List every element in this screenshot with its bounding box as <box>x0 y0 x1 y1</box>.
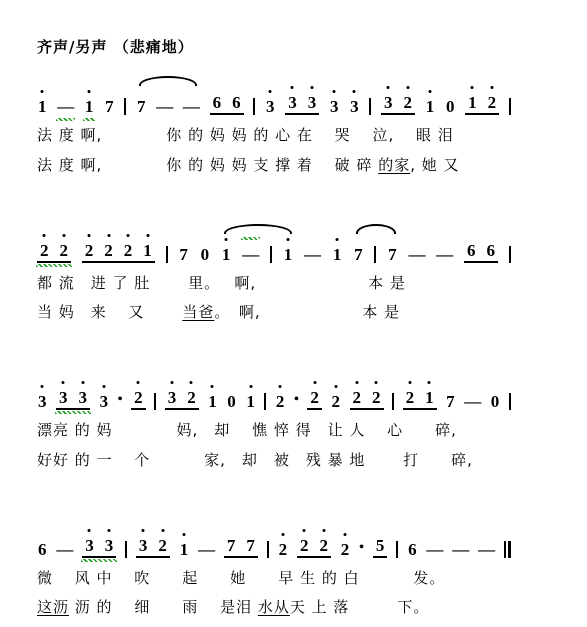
octave-dot <box>333 90 336 93</box>
note-digit: 3 <box>37 393 48 410</box>
note-digit: 3 <box>58 389 69 406</box>
note-digit: 6 <box>212 94 223 111</box>
note-digit: 7 <box>245 537 256 554</box>
lyric-segment: 都 流 进 了 肚 里。 啊, 本 是 <box>37 274 406 292</box>
octave-dot <box>490 86 493 89</box>
note-digit: 3 <box>78 389 89 406</box>
duration-dash: — <box>464 393 481 410</box>
beam-group: 66 <box>464 242 498 263</box>
octave-dot <box>334 385 337 388</box>
note-digit: 2 <box>278 541 289 558</box>
lyric-line: 好好 的 一 个 家, 却 被 残 暴 地 打 碎, <box>37 451 511 470</box>
final-thick-bar <box>508 541 511 558</box>
grammar-squiggle <box>36 264 72 267</box>
duration-dash: — <box>56 541 73 558</box>
note-digit: 3 <box>104 537 115 554</box>
octave-dot <box>355 381 358 384</box>
beam-group: 66 <box>210 94 244 115</box>
note-digit: 2 <box>487 94 498 111</box>
augmentation-dot: • <box>118 393 123 410</box>
lyric-segment: 微 风 中 吹 起 她 早 生 的 白 发。 <box>37 569 445 587</box>
lyric-segment: , 她 又 <box>410 156 459 174</box>
grammar-squiggle <box>56 118 75 121</box>
note-digit: 1 <box>332 246 343 263</box>
note-digit: 2 <box>403 94 414 111</box>
note-digit: 0 <box>200 246 211 263</box>
grammar-squiggle <box>241 237 260 240</box>
score-document: 齐声/另声 （悲痛地） 1—177——6633333321012法 度 啊, 你… <box>0 0 549 617</box>
octave-dot <box>88 234 91 237</box>
octave-dot <box>146 234 149 237</box>
octave-dot <box>313 381 316 384</box>
note-digit: 2 <box>309 389 320 406</box>
octave-dot <box>102 385 105 388</box>
duration-dash: — <box>183 98 200 115</box>
beam-group: 2221 <box>82 242 155 263</box>
beam-group: 77 <box>224 537 258 558</box>
beam-group: 32 <box>381 94 415 115</box>
octave-dot <box>43 234 46 237</box>
beam-group: 12 <box>465 94 499 115</box>
tie-arc <box>139 76 197 86</box>
barline <box>253 98 255 115</box>
octave-dot <box>170 381 173 384</box>
note-digit: 3 <box>349 98 360 115</box>
final-barline <box>504 541 511 558</box>
lyric-line: 漂亮 的 妈 妈, 却 憔 悴 得 让 人 心 碎, <box>37 421 511 440</box>
note-digit: 1 <box>207 393 218 410</box>
augmentation-dot: • <box>359 541 364 558</box>
note-digit: 2 <box>405 389 416 406</box>
octave-dot <box>375 381 378 384</box>
octave-dot <box>88 90 91 93</box>
note-digit: 3 <box>383 94 394 111</box>
note-digit: 2 <box>59 242 70 259</box>
duration-dash: — <box>436 246 453 263</box>
note-digit: 2 <box>186 389 197 406</box>
beam-group: 22 <box>297 537 331 558</box>
duration-dash: — <box>304 246 321 263</box>
octave-dot <box>471 86 474 89</box>
octave-dot <box>353 90 356 93</box>
octave-dot <box>344 533 347 536</box>
octave-dot <box>107 529 110 532</box>
octave-dot <box>428 381 431 384</box>
note-digit: 6 <box>37 541 48 558</box>
octave-dot <box>336 238 339 241</box>
note-digit: 2 <box>39 242 50 259</box>
note-digit: 3 <box>138 537 149 554</box>
note-digit: 6 <box>486 242 497 259</box>
grammar-squiggle <box>83 118 96 121</box>
note-digit: 1 <box>142 242 153 259</box>
octave-dot <box>429 90 432 93</box>
note-digit: 2 <box>318 537 329 554</box>
octave-dot <box>127 234 130 237</box>
note-digit: 1 <box>245 393 256 410</box>
octave-dot <box>279 385 282 388</box>
duration-dash: — <box>242 246 259 263</box>
music-systems: 1—177——6633333321012法 度 啊, 你 的 妈 妈 的 心 在… <box>37 77 549 617</box>
lyric-segment: 法 度 啊, 你 的 妈 妈 支 撑 着 破 碎 <box>37 156 378 174</box>
beam-group: 2 <box>131 389 146 410</box>
barline <box>509 98 511 115</box>
octave-dot <box>291 86 294 89</box>
duration-dash: — <box>478 541 495 558</box>
duration-dash: — <box>452 541 469 558</box>
beam-group: 33 <box>285 94 319 115</box>
lyric-segment: 天 上 落 下。 <box>290 598 430 616</box>
note-digit: 3 <box>265 98 276 115</box>
note-digit: 0 <box>445 98 456 115</box>
voice-tempo-marking: 齐声/另声 （悲痛地） <box>37 36 549 57</box>
beam-group: 22 <box>37 242 71 263</box>
grammar-squiggle <box>55 411 91 414</box>
final-thin-bar <box>504 541 506 558</box>
barline <box>267 541 269 558</box>
duration-dash: — <box>57 98 74 115</box>
note-digit: 2 <box>299 537 310 554</box>
beam-group: 2 <box>307 389 322 410</box>
notation-system: 1—177——6633333321012法 度 啊, 你 的 妈 妈 的 心 在… <box>37 77 511 175</box>
lyric-segment: 好好 的 一 个 家, 却 被 残 暴 地 打 碎, <box>37 451 473 469</box>
lyric-segment: 沥 的 细 雨 是泪 <box>69 598 258 616</box>
octave-dot <box>387 86 390 89</box>
lyric-line: 这沥 沥 的 细 雨 是泪 水从天 上 落 下。 <box>37 598 511 617</box>
lyric-line: 当 妈 来 又 当爸。 啊, 本 是 <box>37 303 511 322</box>
octave-dot <box>161 529 164 532</box>
note-digit: 2 <box>123 242 134 259</box>
notation-line: 6—33321—772222•56——— <box>37 520 511 558</box>
barline <box>124 98 126 115</box>
note-digit: 2 <box>84 242 95 259</box>
lyric-line: 法 度 啊, 你 的 妈 妈 的 心 在 哭 泣, 眼 泪 <box>37 126 511 145</box>
octave-dot <box>310 86 313 89</box>
note-digit: 6 <box>231 94 242 111</box>
octave-dot <box>303 529 306 532</box>
octave-dot <box>62 234 65 237</box>
note-digit: 0 <box>226 393 237 410</box>
barline <box>264 393 266 410</box>
note-digit: 3 <box>167 389 178 406</box>
note-digit: 7 <box>387 246 398 263</box>
lyric-segment: 当 妈 来 又 <box>37 303 182 321</box>
octave-dot <box>190 381 193 384</box>
octave-dot <box>41 385 44 388</box>
barline <box>166 246 168 263</box>
note-digit: 2 <box>371 389 382 406</box>
note-digit: 7 <box>226 537 237 554</box>
note-digit: 1 <box>467 94 478 111</box>
note-digit: 2 <box>275 393 286 410</box>
notation-system: 3333•2321012•2222217—0漂亮 的 妈 妈, 却 憔 悴 得 … <box>37 372 511 470</box>
note-digit: 6 <box>407 541 418 558</box>
note-digit: 1 <box>283 246 294 263</box>
octave-dot <box>287 238 290 241</box>
lyric-line: 微 风 中 吹 起 她 早 生 的 白 发。 <box>37 569 511 588</box>
augmentation-dot: • <box>294 393 299 410</box>
octave-dot <box>211 385 214 388</box>
note-digit: 3 <box>84 537 95 554</box>
tie-arc <box>224 224 292 234</box>
lyric-line: 都 流 进 了 肚 里。 啊, 本 是 <box>37 274 511 293</box>
note-digit: 1 <box>84 98 95 115</box>
lyric-underlined-word: 当爸 <box>182 303 214 321</box>
tie-arc <box>356 224 396 234</box>
lyric-underlined-word: 的家 <box>378 156 410 174</box>
octave-dot <box>225 238 228 241</box>
octave-dot <box>137 381 140 384</box>
note-digit: 7 <box>178 246 189 263</box>
barline <box>374 246 376 263</box>
barline <box>392 393 394 410</box>
octave-dot <box>269 90 272 93</box>
octave-dot <box>406 86 409 89</box>
note-digit: 7 <box>104 98 115 115</box>
note-digit: 2 <box>330 393 341 410</box>
beam-group: 21 <box>403 389 437 410</box>
octave-dot <box>107 234 110 237</box>
barline <box>509 246 511 263</box>
note-digit: 1 <box>424 389 435 406</box>
octave-dot <box>88 529 91 532</box>
octave-dot <box>322 529 325 532</box>
grammar-squiggle <box>81 559 117 562</box>
beam-group: 33 <box>56 389 90 410</box>
note-digit: 3 <box>287 94 298 111</box>
notation-system: 222221701—1—177——66都 流 进 了 肚 里。 啊, 本 是当 … <box>37 225 511 323</box>
beam-group: 5 <box>373 537 388 558</box>
note-digit: 1 <box>221 246 232 263</box>
notation-line: 3333•2321012•2222217—0 <box>37 372 511 410</box>
note-digit: 3 <box>99 393 110 410</box>
note-digit: 7 <box>445 393 456 410</box>
octave-dot <box>142 529 145 532</box>
note-digit: 1 <box>179 541 190 558</box>
note-digit: 3 <box>307 94 318 111</box>
octave-dot <box>81 381 84 384</box>
lyric-underlined-word: 水从 <box>258 598 290 616</box>
octave-dot <box>182 533 185 536</box>
octave-dot <box>62 381 65 384</box>
barline <box>154 393 156 410</box>
barline <box>369 98 371 115</box>
barline <box>270 246 272 263</box>
duration-dash: — <box>198 541 215 558</box>
lyric-segment: 法 度 啊, 你 的 妈 妈 的 心 在 哭 泣, 眼 泪 <box>37 126 454 144</box>
note-digit: 0 <box>490 393 501 410</box>
note-digit: 6 <box>466 242 477 259</box>
duration-dash: — <box>156 98 173 115</box>
note-digit: 7 <box>353 246 364 263</box>
lyric-underlined-word: 这沥 <box>37 598 69 616</box>
octave-dot <box>281 533 284 536</box>
note-digit: 2 <box>340 541 351 558</box>
barline <box>396 541 398 558</box>
notation-line: 222221701—1—177——66 <box>37 225 511 263</box>
lyric-segment: 漂亮 的 妈 妈, 却 憔 悴 得 让 人 心 碎, <box>37 421 457 439</box>
note-digit: 1 <box>37 98 48 115</box>
note-digit: 7 <box>136 98 147 115</box>
lyric-line: 法 度 啊, 你 的 妈 妈 支 撑 着 破 碎 的家, 她 又 <box>37 156 511 175</box>
octave-dot <box>408 381 411 384</box>
duration-dash: — <box>426 541 443 558</box>
duration-dash: — <box>408 246 425 263</box>
octave-dot <box>41 90 44 93</box>
beam-group: 33 <box>82 537 116 558</box>
beam-group: 32 <box>136 537 170 558</box>
note-digit: 2 <box>133 389 144 406</box>
beam-group: 32 <box>165 389 199 410</box>
note-digit: 3 <box>329 98 340 115</box>
note-digit: 2 <box>352 389 363 406</box>
barline <box>125 541 127 558</box>
note-digit: 2 <box>103 242 114 259</box>
note-digit: 1 <box>425 98 436 115</box>
lyric-segment: 。 啊, 本 是 <box>214 303 400 321</box>
note-digit: 2 <box>157 537 168 554</box>
notation-system: 6—33321—772222•56———微 风 中 吹 起 她 早 生 的 白 … <box>37 520 511 618</box>
notation-line: 1—177——6633333321012 <box>37 77 511 115</box>
octave-dot <box>249 385 252 388</box>
note-digit: 5 <box>375 537 386 554</box>
beam-group: 22 <box>350 389 384 410</box>
barline <box>509 393 511 410</box>
